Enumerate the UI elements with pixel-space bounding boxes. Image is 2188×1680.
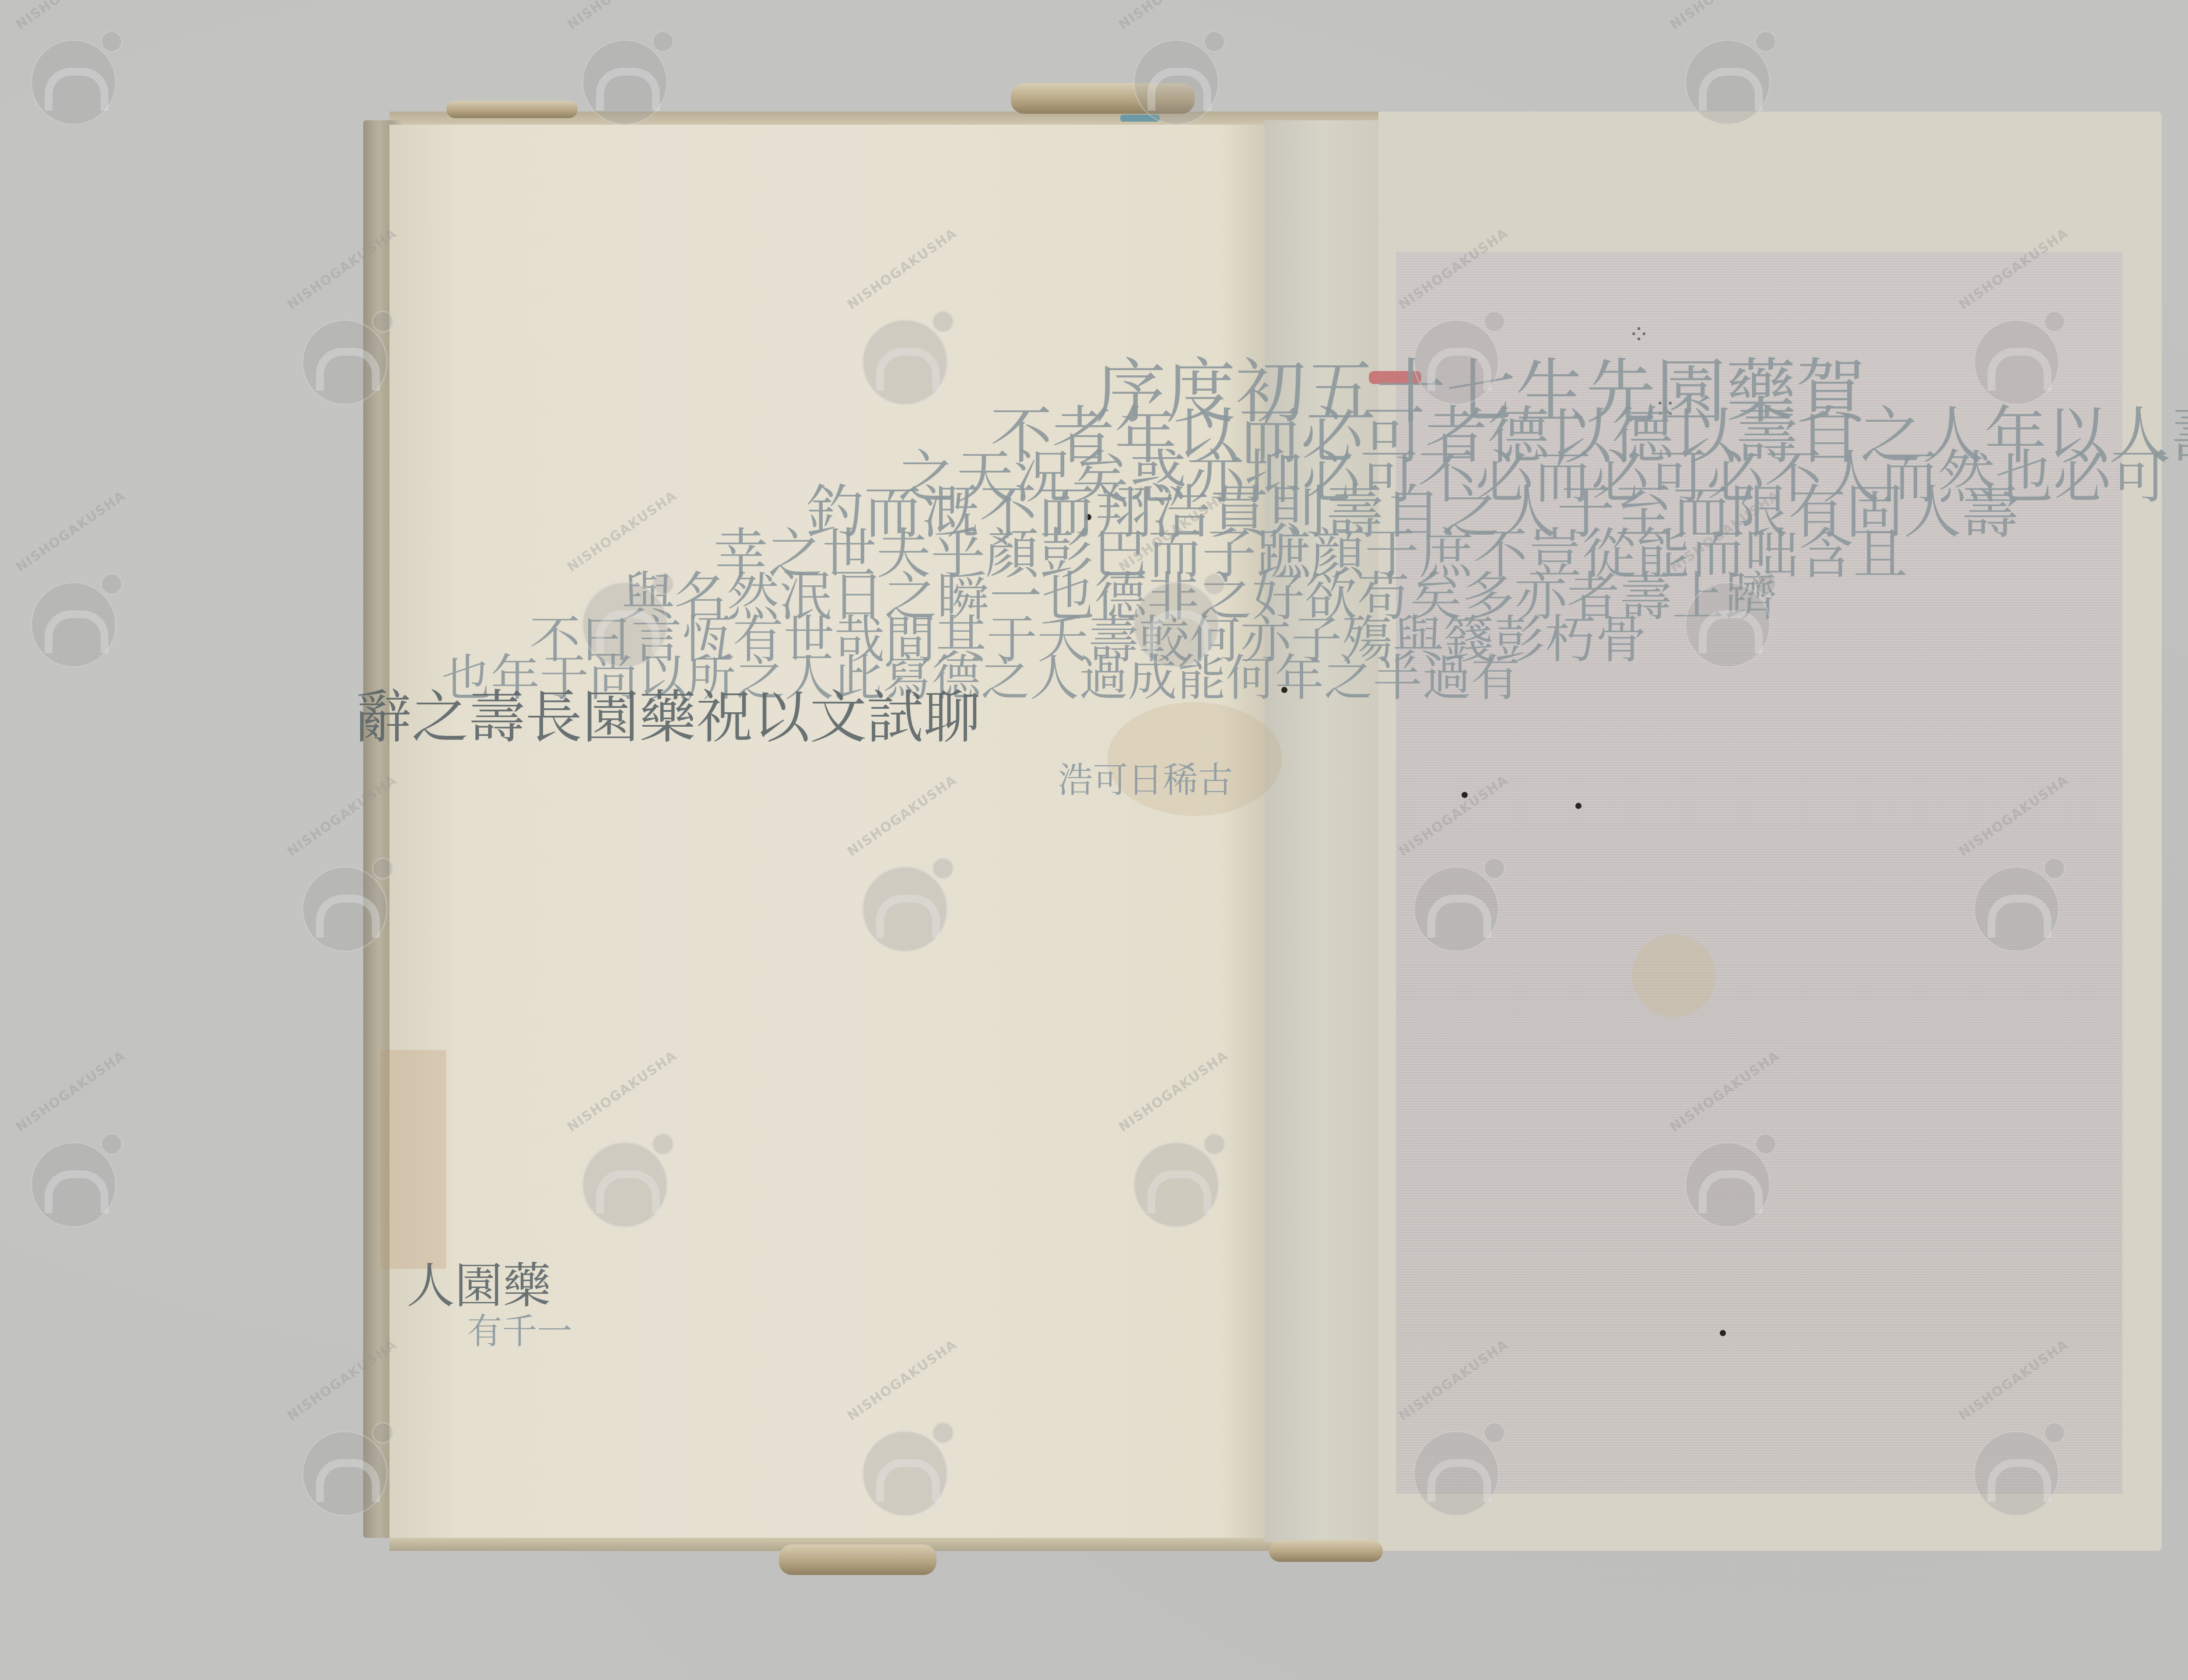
nishogakusha-logo-icon: NISHOGAKUSHA — [1960, 306, 2061, 407]
nishogakusha-logo-icon: NISHOGAKUSHA — [1960, 853, 2061, 954]
nishogakusha-logo-icon: NISHOGAKUSHA — [1960, 1417, 2061, 1518]
nishogakusha-logo-icon: NISHOGAKUSHA — [1120, 569, 1221, 669]
nishogakusha-logo-icon: NISHOGAKUSHA — [18, 569, 118, 669]
nishogakusha-logo-icon: NISHOGAKUSHA — [849, 306, 950, 407]
nishogakusha-logo-icon: NISHOGAKUSHA — [569, 569, 670, 669]
foxing-stain — [1632, 934, 1715, 1017]
nishogakusha-logo-icon: NISHOGAKUSHA — [1120, 26, 1221, 127]
binding-tie-bottom — [779, 1544, 936, 1575]
open-book — [363, 112, 2162, 1551]
nishogakusha-logo-icon: NISHOGAKUSHA — [1672, 1129, 1772, 1229]
wormhole-dot — [1575, 803, 1581, 809]
wormhole-dot — [1720, 1330, 1726, 1336]
nishogakusha-logo-icon: NISHOGAKUSHA — [569, 1129, 670, 1229]
nishogakusha-logo-icon: NISHOGAKUSHA — [1672, 26, 1772, 127]
water-stain — [1107, 702, 1282, 816]
ink-offset-mark: ⁘ — [1628, 319, 1650, 350]
nishogakusha-logo-icon: NISHOGAKUSHA — [289, 853, 389, 954]
faded-seal-area — [381, 1050, 446, 1269]
nishogakusha-logo-icon: NISHOGAKUSHA — [289, 306, 389, 407]
nishogakusha-logo-icon: NISHOGAKUSHA — [1672, 569, 1772, 669]
text-column-9: 聊試文以祝藥園長壽之辭 — [350, 687, 976, 743]
fold-shadow — [1221, 125, 1265, 1538]
signature: 藥園人 — [403, 1260, 547, 1307]
column-1-annotation: 古稀日可浩 — [1055, 761, 1230, 796]
nishogakusha-logo-icon: NISHOGAKUSHA — [1400, 306, 1501, 407]
nishogakusha-logo-icon: NISHOGAKUSHA — [1120, 1129, 1221, 1229]
nishogakusha-logo-icon: NISHOGAKUSHA — [289, 1417, 389, 1518]
gutter-paper — [1265, 120, 1378, 1542]
binding-tie-bottom-right — [1269, 1540, 1383, 1562]
nishogakusha-logo-icon: NISHOGAKUSHA — [849, 1417, 950, 1518]
binding-tie-top-left — [446, 101, 578, 118]
nishogakusha-logo-icon: NISHOGAKUSHA — [849, 853, 950, 954]
nishogakusha-logo-icon: NISHOGAKUSHA — [18, 26, 118, 127]
nishogakusha-logo-icon: NISHOGAKUSHA — [569, 26, 670, 127]
date-annotation: 一千有 — [464, 1312, 569, 1347]
nishogakusha-logo-icon: NISHOGAKUSHA — [18, 1129, 118, 1229]
nishogakusha-logo-icon: NISHOGAKUSHA — [1400, 1417, 1501, 1518]
nishogakusha-logo-icon: NISHOGAKUSHA — [1400, 853, 1501, 954]
